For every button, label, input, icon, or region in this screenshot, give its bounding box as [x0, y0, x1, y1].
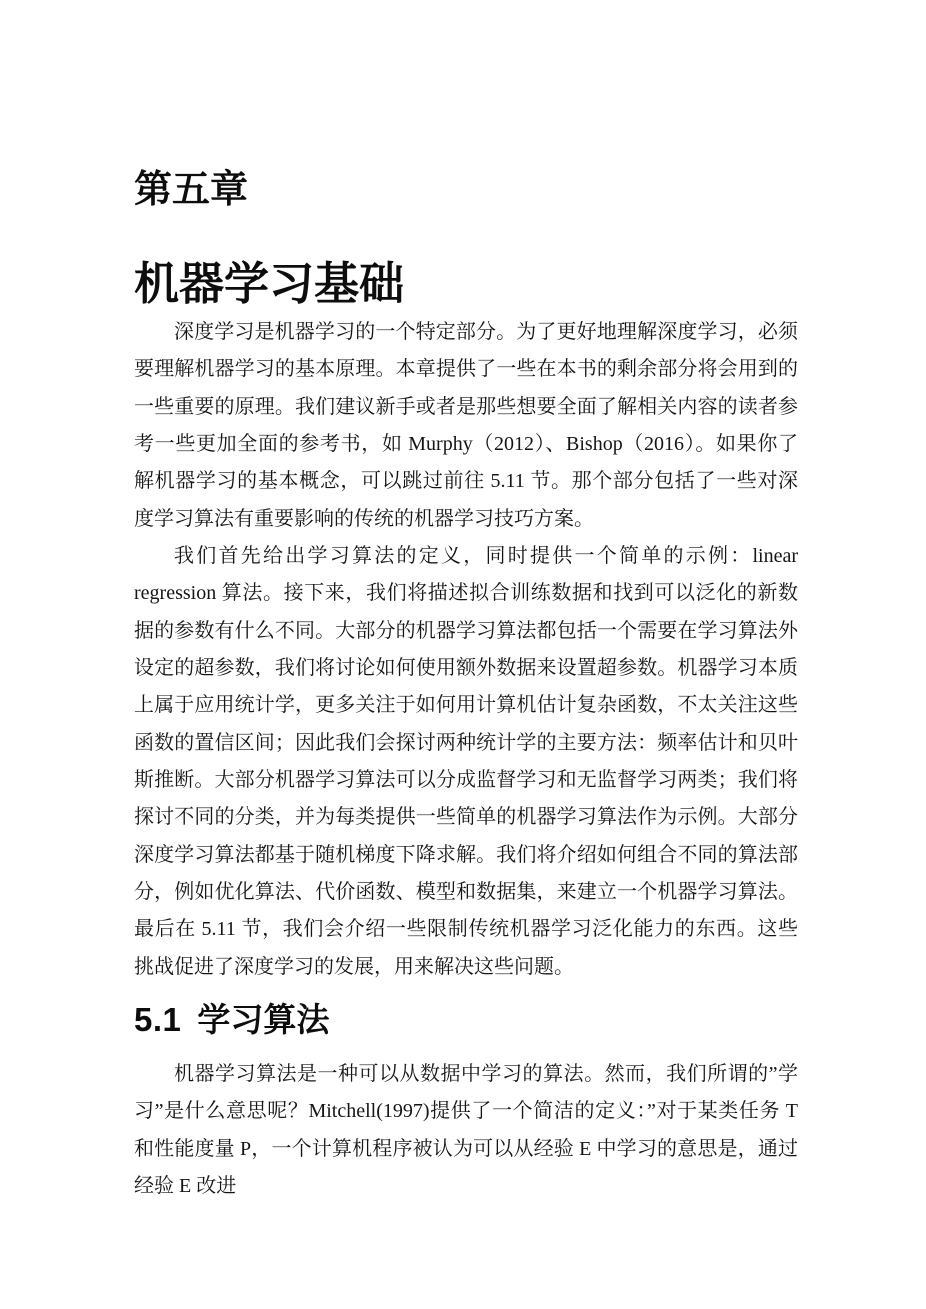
section-title: 学习算法: [197, 999, 329, 1040]
document-page: 第五章 机器学习基础 深度学习是机器学习的一个特定部分。为了更好地理解深度学习，…: [0, 0, 926, 1309]
section-heading: 5.1学习算法: [134, 999, 329, 1040]
chapter-number-heading: 第五章: [134, 168, 248, 214]
intro-paragraph-2: 我们首先给出学习算法的定义，同时提供一个简单的示例：linear regress…: [134, 538, 798, 986]
intro-paragraph-1: 深度学习是机器学习的一个特定部分。为了更好地理解深度学习，必须要理解机器学习的基…: [134, 314, 798, 538]
section-paragraph-1: 机器学习算法是一种可以从数据中学习的算法。然而，我们所谓的”学习”是什么意思呢？…: [134, 1056, 798, 1205]
chapter-title-heading: 机器学习基础: [134, 257, 404, 311]
section-number: 5.1: [134, 999, 181, 1040]
